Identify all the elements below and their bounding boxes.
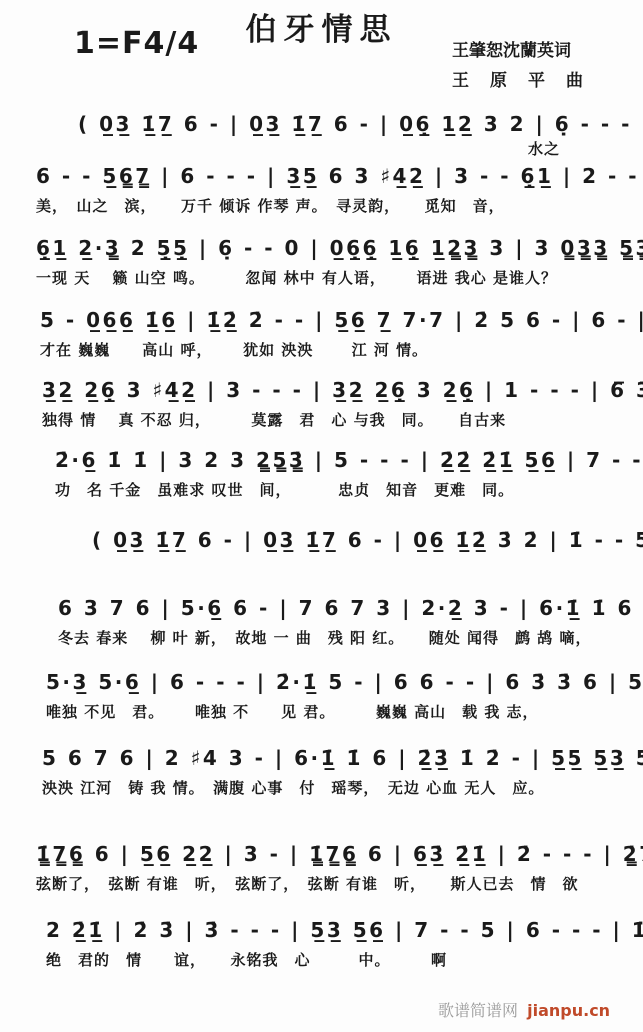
lyrics-row: 独得 情 真 不忍 归， 莫露 君 心 与我 同。 自古来 [42, 409, 620, 430]
notes-row: 3̲2̲ 2̲6̣̲ 3 ♯4̲2̲ | 3 - - - | 3̲2̲ 2̲6̣… [42, 378, 620, 402]
score-line: 1̳̇7̳6̳ 6 | 5̲6̲ 2̲2̲ | 3 - | 1̳̇7̳6̳ 6 … [36, 842, 621, 894]
notes-row: ( 0̲3̲ 1̲̇7̲ 6 - | 0̲3̲ 1̲̇7̲ 6 - | 0̲6̣… [78, 112, 598, 136]
notes-row: ( 0̲3̲ 1̲̇7̲ 6 - | 0̲3̲ 1̲̇7̲ 6 - | 0̲6̲… [92, 528, 592, 552]
lyrics-row: 一现 天 籁 山空 鸣。 忽闻 林中 有人语， 语进 我心 是谁人？ [36, 267, 621, 288]
notes-row: 6̣̲1̲ 2̲·3̳ 2 5̣̲5̣̲ | 6̣ - - 0 | 0̲6̣̲6… [36, 236, 621, 260]
lyrics-row: 水之 [78, 138, 598, 159]
lyrics-row: 才在 巍巍 高山 呼， 犹如 泱泱 江 河 情。 [40, 339, 620, 360]
notes-row: 2̇·6̲ 1̇ 1̇ | 3 2 3 2̳5̳3̳̇ | 5 - - - | … [55, 448, 620, 472]
watermark-site-name: 歌谱简谱网 [438, 1001, 518, 1020]
notes-row: 1̳̇7̳6̳ 6 | 5̲6̲ 2̲2̲ | 3 - | 1̳̇7̳6̳ 6 … [36, 842, 621, 866]
notes-row: 6 3 7 6 | 5·6̲ 6 - | 7 6 7 3 | 2·2̲ 3 - … [58, 596, 620, 620]
notes-row: 5 - 0̲6̲6̲ 1̲̇6̲ | 1̲̇2̲̇ 2̇ - - | 5̲6̲ … [40, 308, 620, 332]
score-line: ( 0̲3̲ 1̲̇7̲ 6 - | 0̲3̲ 1̲̇7̲ 6 - | 0̲6̲… [92, 528, 592, 552]
score-line: 6̣̲1̲ 2̲·3̳ 2 5̣̲5̣̲ | 6̣ - - 0 | 0̲6̣̲6… [36, 236, 621, 288]
notes-row: 6 - - 5̲6̳7̳ | 6 - - - | 3̲5̲ 6 3 ♯4̲2̲ … [36, 164, 621, 188]
score-line: 2̇·6̲ 1̇ 1̇ | 3 2 3 2̳5̳3̳̇ | 5 - - - | … [55, 448, 620, 500]
lyrics-row: 冬去 春来 柳 叶 新， 故地 一 曲 残 阳 红。 随处 闻得 鹧 鸪 嘀， [58, 627, 620, 648]
score-line: 5·3̲ 5·6̲ | 6 - - - | 2̇·1̲̇ 5 - | 6 6 -… [46, 670, 618, 722]
credit-composer: 王 原 平 曲 [452, 66, 585, 96]
credit-lyricist: 王肇恕沈蘭英词 [452, 36, 585, 66]
score-line: 5 - 0̲6̲6̲ 1̲̇6̲ | 1̲̇2̲̇ 2̇ - - | 5̲6̲ … [40, 308, 620, 360]
notes-row: 2 2̲̇1̲̇ | 2̇ 3̇ | 3̇ - - - | 5̲3̲ 5̲6̲ … [46, 918, 618, 942]
credits-block: 王肇恕沈蘭英词 王 原 平 曲 [452, 36, 585, 96]
lyrics-row: 绝 君的 情 谊， 永铭我 心 中。 啊 [46, 949, 618, 970]
watermark: 歌谱简谱网 jianpu.cn [438, 998, 610, 1021]
score-line: 6 - - 5̲6̳7̳ | 6 - - - | 3̲5̲ 6 3 ♯4̲2̲ … [36, 164, 621, 216]
lyrics-row: 美， 山之 滨， 万千 倾诉 作琴 声。 寻灵韵， 觅知 音， [36, 195, 621, 216]
score-line: ( 0̲3̲ 1̲̇7̲ 6 - | 0̲3̲ 1̲̇7̲ 6 - | 0̲6̣… [78, 112, 598, 159]
score-line: 6 3 7 6 | 5·6̲ 6 - | 7 6 7 3 | 2·2̲ 3 - … [58, 596, 620, 648]
lyrics-row: 弦断了， 弦断 有谁 听， 弦断了， 弦断 有谁 听， 斯人已去 情 欲 [36, 873, 621, 894]
notes-row: 5·3̲ 5·6̲ | 6 - - - | 2̇·1̲̇ 5 - | 6 6 -… [46, 670, 618, 694]
watermark-domain: jianpu.cn [527, 1001, 610, 1020]
score-line: 5 6 7 6 | 2 ♯4 3 - | 6·1̲̇ 1̇ 6 | 2̲̇3̲̇… [42, 746, 620, 798]
lyrics-row: 功 名 千金 虽难求 叹世 间， 忠贞 知音 更难 同。 [55, 479, 620, 500]
sheet-music-page: 1=F4/4 伯牙情思 王肇恕沈蘭英词 王 原 平 曲 ( 0̲3̲ 1̲̇7̲… [0, 0, 643, 1032]
notes-row: 5 6 7 6 | 2 ♯4 3 - | 6·1̲̇ 1̇ 6 | 2̲̇3̲̇… [42, 746, 620, 770]
lyrics-row: 唯独 不见 君。 唯独 不 见 君。 巍巍 高山 载 我 志， [46, 701, 618, 722]
score-line: 3̲2̲ 2̲6̣̲ 3 ♯4̲2̲ | 3 - - - | 3̲2̲ 2̲6̣… [42, 378, 620, 430]
score-line: 2 2̲̇1̲̇ | 2̇ 3̇ | 3̇ - - - | 5̲3̲ 5̲6̲ … [46, 918, 618, 970]
lyrics-row: 泱泱 江河 铸 我 情。 满腹 心事 付 瑶琴， 无边 心血 无人 应。 [42, 777, 620, 798]
